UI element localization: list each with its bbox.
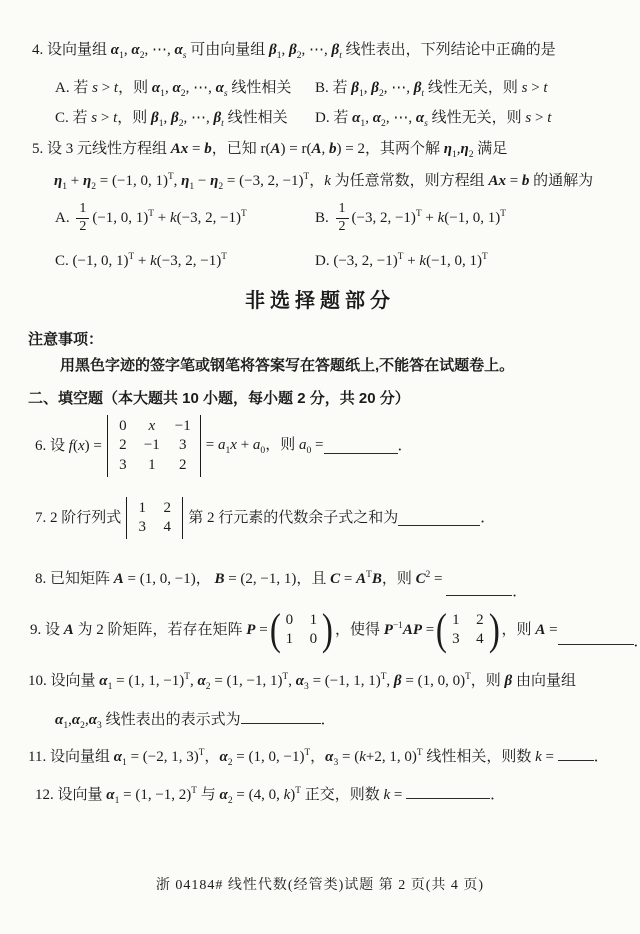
answer-blank-q6 [324, 438, 398, 455]
matrix-cell: 0 [284, 611, 294, 630]
determinant-3x3: 0 x −1 2 −1 3 3 1 2 [107, 415, 201, 477]
question-4-option-a: A. 若 s > t，则 α1, α2, ⋯, αs 线性相关 [55, 78, 291, 101]
question-8: 8. 已知矩阵 A = (1, 0, −1)， B = (2, −1, 1)，且… [35, 566, 527, 589]
fraction-numerator: 1 [336, 202, 349, 219]
question-5-option-c: C. (−1, 0, 1)T + k(−3, 2, −1)T [55, 251, 227, 271]
question-10-text: α1,α2,α3 线性表出的表示式为 [55, 712, 241, 728]
answer-blank-q7 [398, 510, 480, 527]
det-cell: 2 [161, 499, 173, 518]
exam-page: 4. 设向量组 α1, α2, ⋯, αs 可由向量组 β1, β2, ⋯, β… [0, 0, 640, 934]
question-5-stem-line1: 5. 设 3 元线性方程组 Ax = b，已知 r(A) = r(A, b) =… [32, 139, 507, 162]
question-6-suffix: = a1x + a0，则 a0 = [206, 435, 324, 458]
page-footer: 浙 04184# 线性代数(经管类)试题 第 2 页(共 4 页) [0, 877, 640, 896]
matrix-paren-left: ( [270, 610, 281, 650]
option-a-label: A. [55, 208, 73, 228]
option-b-expression: (−3, 2, −1)T + k(−1, 0, 1)T [352, 208, 506, 228]
question-10-line2: α1,α2,α3 线性表出的表示式为． [55, 707, 336, 733]
option-a-expression: (−1, 0, 1)T + k(−3, 2, −1)T [92, 208, 246, 228]
answer-blank-q12 [406, 782, 490, 799]
question-6-period: ． [398, 436, 413, 456]
question-7-suffix: 第 2 行元素的代数余子式之和为 [188, 508, 398, 528]
question-7: 7. 2 阶行列式 1 2 3 4 第 2 行元素的代数余子式之和为 ． [35, 494, 495, 542]
section-heading: 非选择题部分 [0, 288, 640, 315]
answer-blank-q9 [558, 629, 634, 646]
question-10-period: ． [321, 712, 336, 728]
matrix-cell: 1 [284, 630, 294, 649]
determinant-2x2: 1 2 3 4 [126, 497, 183, 539]
question-4-option-c: C. 若 s > t，则 β1, β2, ⋯, βt 线性相关 [55, 108, 288, 131]
fraction-one-half: 1 2 [336, 202, 349, 234]
question-8-period: ． [512, 584, 527, 600]
matrix-cell: 1 [451, 611, 461, 630]
question-9-middle: ，使得 P−1AP = [335, 620, 434, 640]
question-5-option-b: B. 1 2 (−3, 2, −1)T + k(−1, 0, 1)T [315, 201, 506, 235]
answer-blank-q11 [558, 744, 594, 761]
question-5-option-d: D. (−3, 2, −1)T + k(−1, 0, 1)T [315, 251, 488, 271]
matrix-cell: 2 [475, 611, 485, 630]
matrix-p-inv-ap: 1 2 3 4 [449, 610, 487, 650]
question-7-prefix: 7. 2 阶行列式 [35, 508, 121, 528]
det-cell: 0 [117, 417, 129, 436]
det-cell: 4 [161, 518, 173, 537]
matrix-paren-left: ( [436, 610, 447, 650]
det-cell: 3 [175, 436, 191, 455]
question-11-text: 11. 设向量组 α1 = (−2, 1, 3)T，α2 = (1, 0, −1… [28, 749, 558, 765]
det-cell: −1 [144, 436, 160, 455]
det-cell: 1 [144, 456, 160, 475]
question-5-stem-line2: η1 + η2 = (−1, 0, 1)T, η1 − η2 = (−3, 2,… [54, 171, 593, 194]
fraction-numerator: 1 [76, 202, 89, 219]
fraction-denominator: 2 [339, 219, 346, 235]
det-cell: 1 [136, 499, 148, 518]
matrix-cell: 0 [308, 630, 318, 649]
det-cell: −1 [175, 417, 191, 436]
question-12-text: 12. 设向量 α1 = (1, −1, 2)T 与 α2 = (4, 0, k… [35, 787, 406, 803]
fraction-one-half: 1 2 [76, 202, 89, 234]
det-cell: 2 [117, 436, 129, 455]
notice-body: 用黑色字迹的签字笔或钢笔将答案写在答题纸上,不能答在试题卷上。 [60, 356, 514, 376]
matrix-cell: 3 [451, 630, 461, 649]
question-5-option-a: A. 1 2 (−1, 0, 1)T + k(−3, 2, −1)T [55, 201, 247, 235]
notice-title: 注意事项： [28, 330, 103, 350]
matrix-paren-right: ) [489, 610, 500, 650]
question-8-text: 8. 已知矩阵 A = (1, 0, −1)， B = (2, −1, 1)，且… [35, 571, 446, 587]
question-4-stem: 4. 设向量组 α1, α2, ⋯, αs 可由向量组 β1, β2, ⋯, β… [32, 40, 556, 63]
question-6-prefix: 6. 设 f(x) = [35, 436, 102, 456]
question-7-period: ． [480, 508, 495, 528]
answer-blank-q10 [241, 707, 321, 724]
question-12: 12. 设向量 α1 = (1, −1, 2)T 与 α2 = (4, 0, k… [35, 782, 505, 808]
det-cell: 2 [175, 456, 191, 475]
question-4-option-d: D. 若 α1, α2, ⋯, αs 线性无关，则 s > t [315, 108, 551, 131]
question-9: 9. 设 A 为 2 阶矩阵，若存在矩阵 P = ( 0 1 1 0 ) ，使得… [30, 603, 640, 657]
det-cell: 3 [117, 456, 129, 475]
det-cell: x [144, 417, 160, 436]
matrix-cell: 4 [475, 630, 485, 649]
question-6: 6. 设 f(x) = 0 x −1 2 −1 3 3 1 2 = a1x + … [35, 414, 413, 478]
question-10-line1: 10. 设向量 α1 = (1, 1, −1)T, α2 = (1, −1, 1… [28, 671, 576, 694]
question-9-period: ． [634, 633, 640, 649]
fill-in-section-heading: 二、填空题（本大题共 10 小题，每小题 2 分，共 20 分） [28, 389, 410, 409]
question-9-prefix: 9. 设 A 为 2 阶矩阵，若存在矩阵 P = [30, 620, 268, 640]
question-9-suffix: ，则 A = [502, 620, 558, 640]
det-cell: 3 [136, 518, 148, 537]
option-b-label: B. [315, 208, 333, 228]
question-12-period: ． [490, 787, 505, 803]
question-4-option-b: B. 若 β1, β2, ⋯, βt 线性无关，则 s > t [315, 78, 548, 101]
fraction-denominator: 2 [79, 219, 86, 235]
matrix-p: 0 1 1 0 [282, 610, 320, 650]
question-11: 11. 设向量组 α1 = (−2, 1, 3)T，α2 = (1, 0, −1… [28, 744, 609, 770]
question-11-period: ． [594, 749, 609, 765]
matrix-cell: 1 [308, 611, 318, 630]
matrix-paren-right: ) [322, 610, 333, 650]
answer-blank-q8 [446, 579, 512, 596]
